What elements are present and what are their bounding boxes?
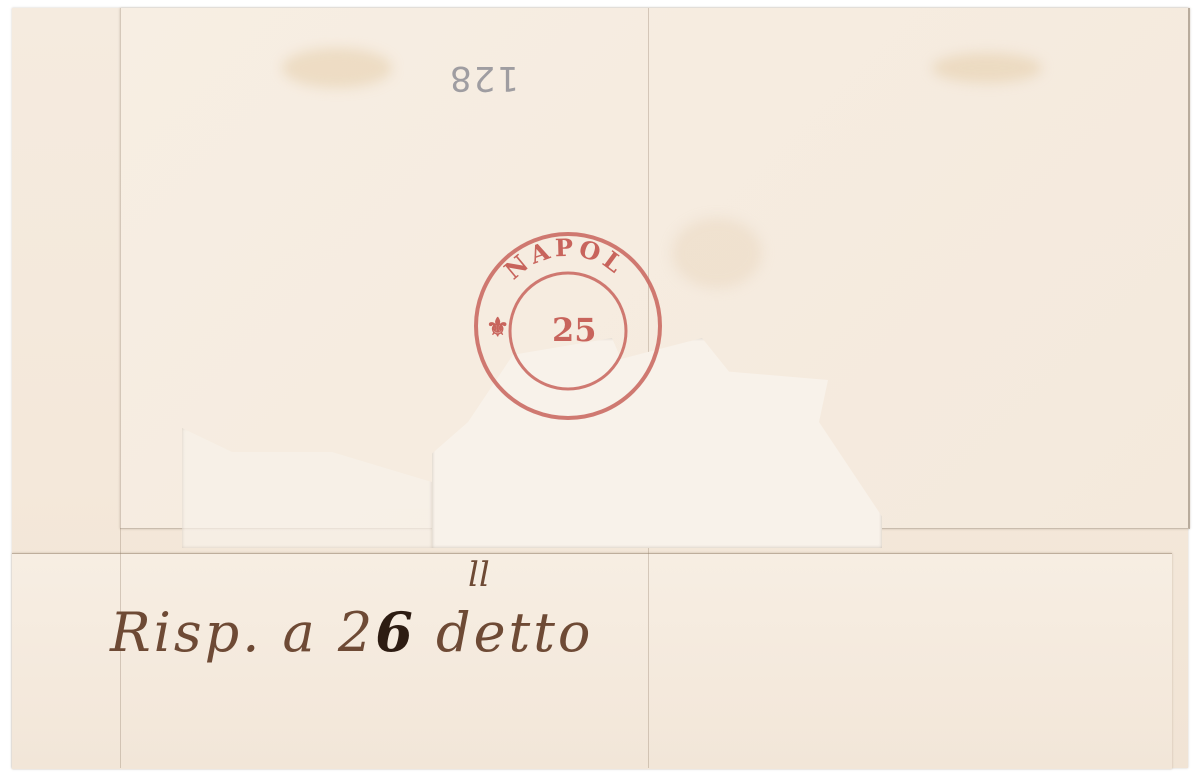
age-stain: [672, 218, 762, 288]
pencil-inventory-number: 128: [448, 58, 519, 98]
docket-annotation: Risp. a 26 detto: [110, 600, 593, 664]
docket-overwritten-digit: 6: [375, 600, 416, 664]
postmark-stamp: NAPOL 25 ⚜: [468, 226, 668, 426]
age-stain: [282, 48, 392, 88]
docket-suffix: detto: [416, 601, 594, 664]
postmark-ornament: ⚜: [486, 313, 509, 343]
docket-prefix: Risp. a 2: [110, 601, 375, 664]
postmark-day: 25: [552, 311, 597, 349]
svg-text:NAPOL: NAPOL: [499, 233, 632, 285]
age-stain: [932, 53, 1042, 83]
docket-superscript: ll: [468, 555, 490, 595]
postmark-town: NAPOL: [499, 233, 632, 285]
fold-line: [12, 553, 1172, 554]
